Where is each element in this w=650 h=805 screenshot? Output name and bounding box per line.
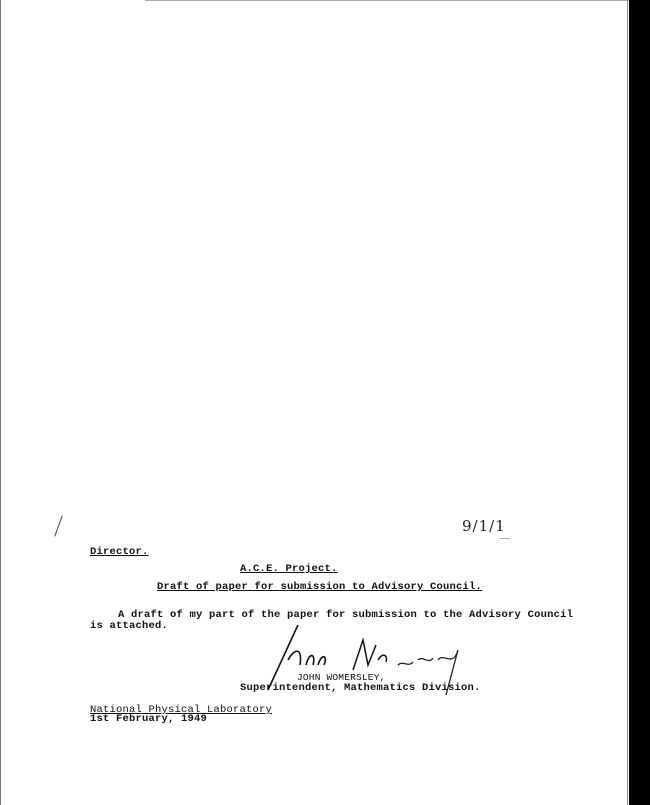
- addressee: Director.: [90, 546, 149, 558]
- handwritten-reference: 9/1/1: [462, 517, 506, 535]
- pen-mark: [54, 515, 62, 536]
- pen-dash: [500, 538, 510, 539]
- scan-black-margin: [629, 0, 650, 805]
- document-date: 1st February, 1949: [90, 713, 207, 725]
- scan-left-edge: [0, 0, 1, 805]
- scan-top-edge: [145, 0, 635, 1]
- scan-right-edge: [627, 0, 628, 805]
- signatory-title: Superintendent, Mathematics Division.: [240, 682, 481, 694]
- body-line-2: is attached.: [90, 620, 168, 632]
- document-subtitle: Draft of paper for submission to Advisor…: [157, 581, 482, 593]
- document-title: A.C.E. Project.: [240, 563, 338, 575]
